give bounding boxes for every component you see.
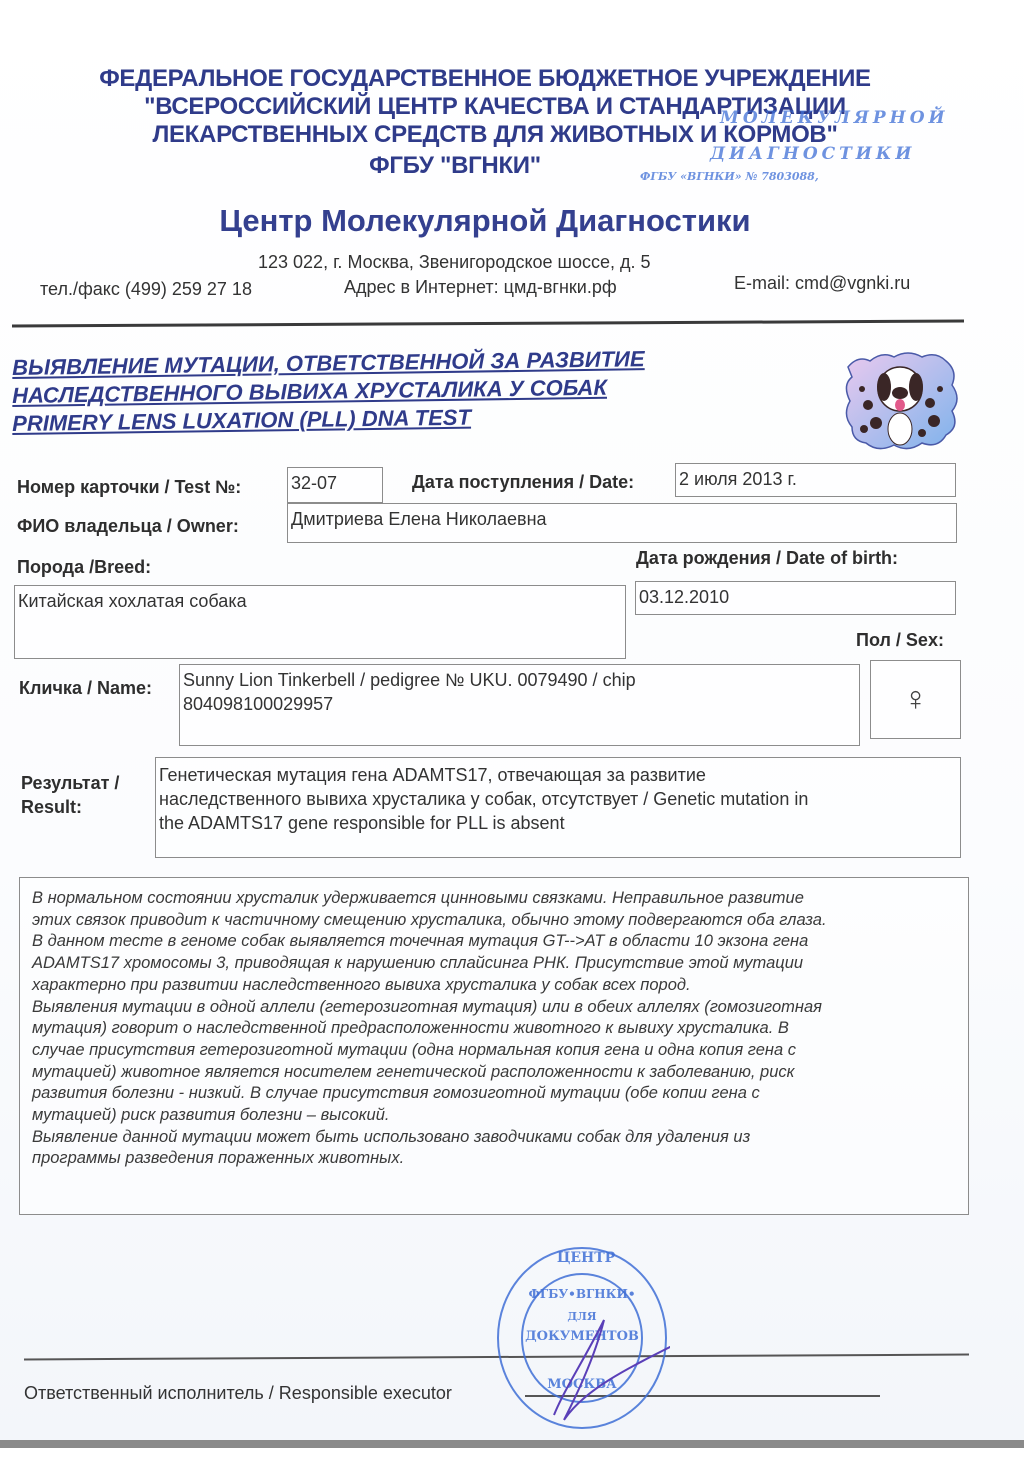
svg-text:ФГБУ•ВГНКИ•: ФГБУ•ВГНКИ• (528, 1287, 635, 1301)
dob-label: Дата рождения / Date of birth: (636, 548, 898, 569)
result-label: Результат / Result: (21, 771, 119, 819)
center-name: Центр Молекулярной Диагностики (0, 203, 970, 239)
scan-bottom-bar (0, 1440, 1024, 1448)
svg-text:ЦЕНТР: ЦЕНТР (557, 1250, 616, 1266)
breed-label: Порода /Breed: (17, 557, 151, 578)
result-line-3: the ADAMTS17 gene responsible for PLL is… (159, 811, 957, 835)
phone: тел./факс (499) 259 27 18 (40, 279, 252, 300)
email-link[interactable]: E-mail: cmd@vgnki.ru (734, 273, 910, 294)
svg-text:ДЛЯ: ДЛЯ (567, 1310, 597, 1323)
name-label: Кличка / Name: (19, 678, 152, 699)
description-box: В нормальном состоянии хрусталик удержив… (19, 877, 969, 1215)
title-line-3: PRIMERY LENS LUXATION (PLL) DNA TEST (12, 404, 471, 438)
date-label: Дата поступления / Date: (412, 472, 634, 493)
dob-field[interactable]: 03.12.2010 (635, 581, 956, 615)
dalmatian-dog-logo-icon (838, 345, 966, 455)
org-line-1: ФЕДЕРАЛЬНОЕ ГОСУДАРСТВЕННОЕ БЮДЖЕТНОЕ УЧ… (0, 66, 970, 92)
sex-label: Пол / Sex: (856, 630, 944, 651)
address: 123 022, г. Москва, Звенигородское шоссе… (258, 252, 651, 273)
owner-field[interactable]: Дмитриева Елена Николаевна (287, 503, 957, 543)
name-line-1: Sunny Lion Tinkerbell / pedigree № UKU. … (183, 668, 856, 692)
name-field[interactable]: Sunny Lion Tinkerbell / pedigree № UKU. … (179, 664, 860, 746)
document-page: ФЕДЕРАЛЬНОЕ ГОСУДАРСТВЕННОЕ БЮДЖЕТНОЕ УЧ… (0, 0, 1024, 1440)
result-line-1: Генетическая мутация гена ADAMTS17, отве… (159, 763, 957, 787)
executor-label: Ответственный исполнитель / Responsible … (24, 1383, 452, 1404)
name-line-2: 804098100029957 (183, 692, 856, 716)
result-line-2: наследственного вывиха хрусталика у соба… (159, 787, 957, 811)
header-divider (12, 320, 964, 328)
breed-field[interactable]: Китайская хохлатая собака (14, 585, 626, 659)
result-field[interactable]: Генетическая мутация гена ADAMTS17, отве… (155, 757, 961, 858)
official-stamp-icon: ЦЕНТР ФГБУ•ВГНКИ• ДЛЯ ДОКУМЕНТОВ МОСКВА (494, 1240, 670, 1430)
test-no-field[interactable]: 32-07 (287, 467, 383, 503)
test-no-label: Номер карточки / Test №: (17, 477, 241, 498)
date-field[interactable]: 2 июля 2013 г. (675, 463, 956, 497)
owner-label: ФИО владельца / Owner: (17, 516, 239, 537)
website-link[interactable]: Адрес в Интернет: цмд-вгнки.рф (344, 277, 617, 298)
svg-text:ДОКУМЕНТОВ: ДОКУМЕНТОВ (525, 1329, 639, 1344)
sex-field[interactable]: ♀ (870, 660, 961, 739)
header-stamp: МОЛЕКУЛЯРНОЙ ДИАГНОСТИКИ ФГБУ «ВГНКИ» № … (640, 100, 920, 210)
